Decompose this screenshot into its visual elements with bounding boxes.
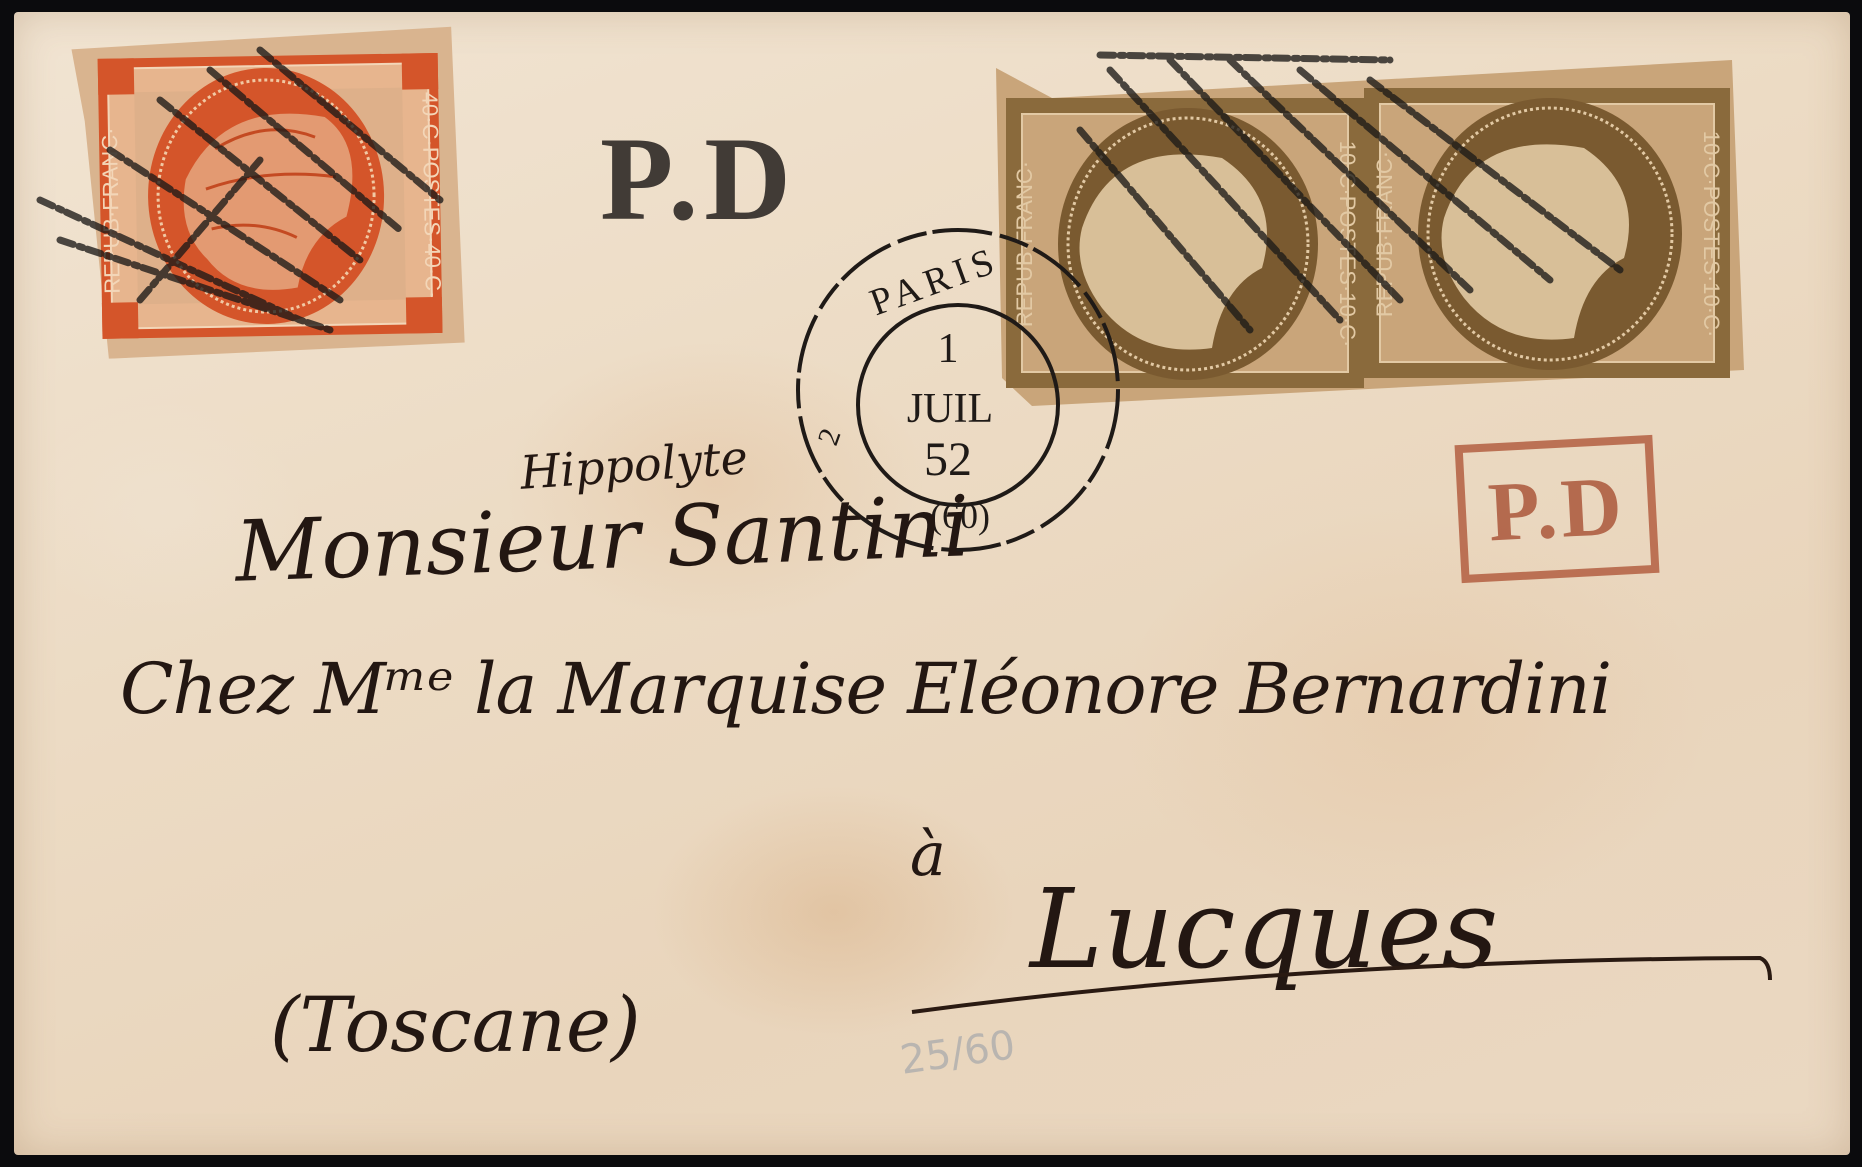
stamp-10c-left: REPUB·FRANC· 10·C·POSTES·10·C· bbox=[1006, 98, 1364, 388]
svg-text:10·C·POSTES·10·C·: 10·C·POSTES·10·C· bbox=[1335, 141, 1360, 348]
pd-handstamp-red: P.D bbox=[1455, 435, 1660, 583]
address-line-region: (Toscane) bbox=[270, 980, 641, 1069]
pd-handstamp-black: P.D bbox=[600, 110, 797, 248]
svg-text:REPUB·FRANC·: REPUB·FRANC· bbox=[1012, 161, 1037, 327]
stamp-10c-pair: REPUB·FRANC· 10·C·POSTES·10·C· REPUB·FRA… bbox=[992, 58, 1748, 408]
pd-red-text: P.D bbox=[1486, 457, 1628, 561]
svg-text:40·C·POSTES·40·C·: 40·C·POSTES·40·C· bbox=[417, 92, 446, 299]
stamp-40c-orange: REPUB·FRANC· 40·C·POSTES·40·C· bbox=[63, 25, 467, 360]
postmark-month: JUIL bbox=[870, 385, 1030, 433]
postmark-day: 1 bbox=[908, 325, 988, 373]
svg-text:REPUB·FRANC·: REPUB·FRANC· bbox=[1372, 151, 1397, 317]
address-line-care-of: Chez Mᵐᵉ la Marquise Eléonore Bernardini bbox=[120, 648, 1611, 730]
svg-text:REPUB·FRANC·: REPUB·FRANC· bbox=[97, 127, 125, 294]
stamp-10c-right: REPUB·FRANC· 10·C·POSTES·10·C· bbox=[1364, 88, 1730, 378]
address-line-a: à bbox=[910, 820, 946, 890]
svg-text:10·C·POSTES·10·C·: 10·C·POSTES·10·C· bbox=[1699, 131, 1724, 338]
address-line-city: Lucques bbox=[1030, 865, 1498, 993]
